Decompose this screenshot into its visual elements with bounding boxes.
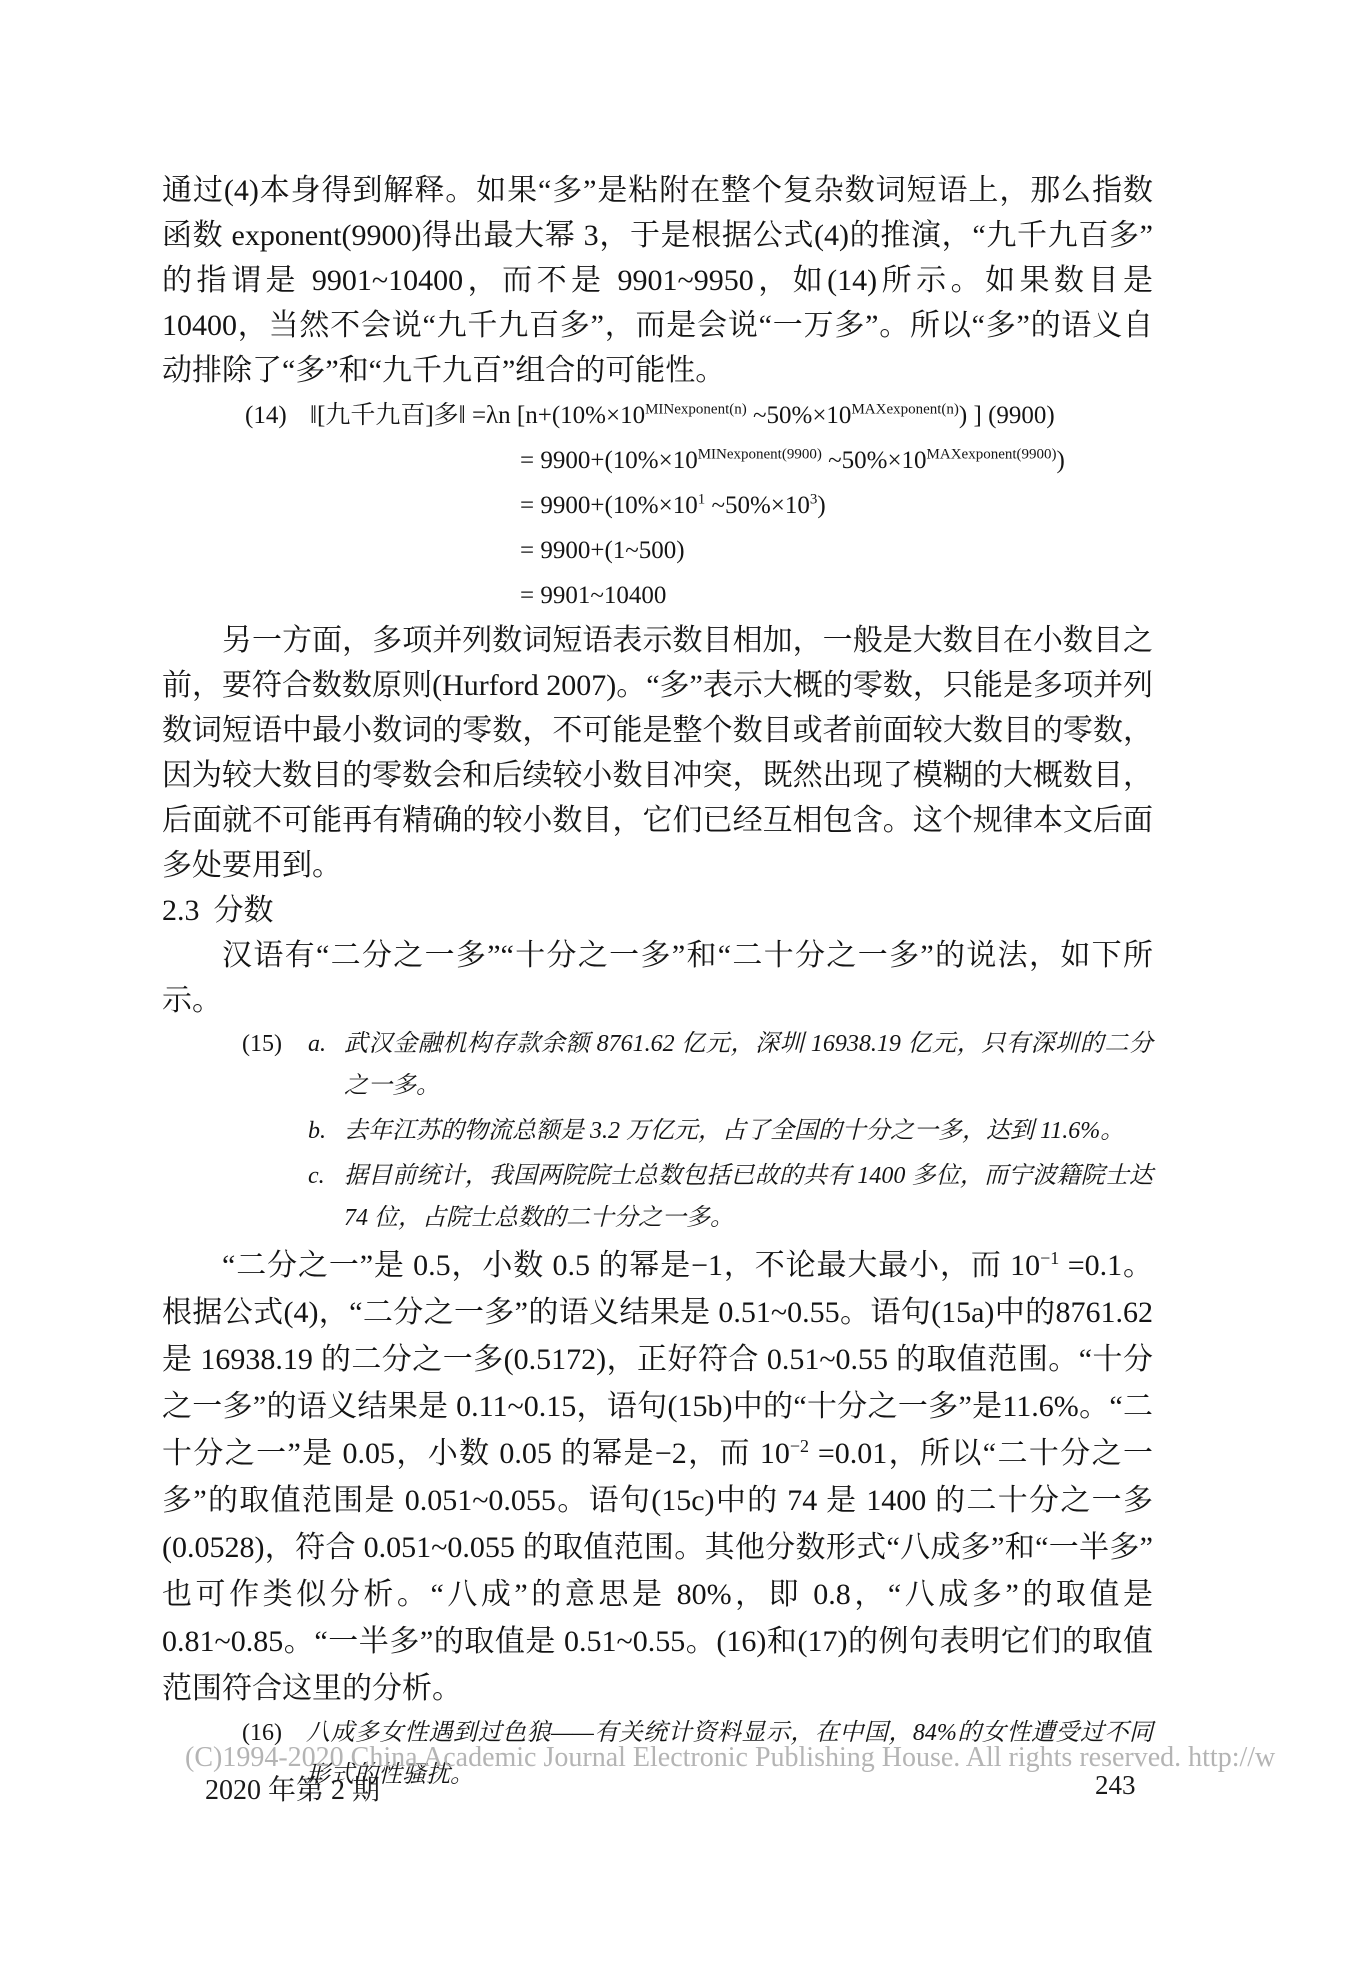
paragraph-additive-numerals: 另一方面，多项并列数词短语表示数目相加，一般是大数目在小数目之前，要符合数数原则… <box>162 618 1153 888</box>
formula-14-step-4: = 9901~10400 <box>245 573 1153 618</box>
example-15c-text: 据目前统计，我国两院院士总数包括已故的共有 1400 多位，而宁波籍院士达 74… <box>344 1155 1153 1239</box>
journal-issue: 2020 年第 2 期 <box>205 1768 380 1808</box>
example-15b-letter: b. <box>308 1110 344 1152</box>
formula-14-step-2: = 9900+(10%×101 ~50%×103) <box>245 483 1153 528</box>
example-15c-letter: c. <box>308 1155 344 1239</box>
page-body: 通过(4)本身得到解释。如果“多”是粘附在整个复杂数词短语上，那么指数函数 ex… <box>162 168 1153 1796</box>
example-15b: b. 去年江苏的物流总额是 3.2 万亿元，占了全国的十分之一多，达到 11.6… <box>308 1110 1153 1152</box>
formula-14-step-1: = 9900+(10%×10MINexponent(9900) ~50%×10M… <box>245 438 1153 483</box>
section-title: 分数 <box>214 894 274 927</box>
formula-14-step-3: = 9900+(1~500) <box>245 528 1153 573</box>
example-15-items: a. 武汉金融机构存款余额 8761.62 亿元，深圳 16938.19 亿元，… <box>308 1023 1153 1242</box>
example-15: (15) a. 武汉金融机构存款余额 8761.62 亿元，深圳 16938.1… <box>242 1023 1153 1242</box>
formula-14-expression: ‖[九千九百]多‖ =λn [n+(10%×10MINexponent(n) ~… <box>310 393 1055 438</box>
formula-14-line1: (14) ‖[九千九百]多‖ =λn [n+(10%×10MINexponent… <box>245 393 1153 438</box>
example-15a-text: 武汉金融机构存款余额 8761.62 亿元，深圳 16938.19 亿元，只有深… <box>344 1023 1153 1107</box>
example-number-15: (15) <box>242 1023 308 1242</box>
example-15a-letter: a. <box>308 1023 344 1107</box>
example-15c: c. 据目前统计，我国两院院士总数包括已故的共有 1400 多位，而宁波籍院士达… <box>308 1155 1153 1239</box>
formula-14: (14) ‖[九千九百]多‖ =λn [n+(10%×10MINexponent… <box>245 393 1153 618</box>
page-number: 243 <box>1095 1770 1136 1801</box>
section-number: 2.3 <box>162 894 200 927</box>
paragraph-continuation: 通过(4)本身得到解释。如果“多”是粘附在整个复杂数词短语上，那么指数函数 ex… <box>162 168 1153 393</box>
example-15b-text: 去年江苏的物流总额是 3.2 万亿元，占了全国的十分之一多，达到 11.6%。 <box>344 1110 1153 1152</box>
paper-page: 通过(4)本身得到解释。如果“多”是粘附在整个复杂数词短语上，那么指数函数 ex… <box>0 0 1360 1965</box>
example-15a: a. 武汉金融机构存款余额 8761.62 亿元，深圳 16938.19 亿元，… <box>308 1023 1153 1107</box>
paragraph-fractions-intro: 汉语有“二分之一多”“十分之一多”和“二十分之一多”的说法，如下所示。 <box>162 933 1153 1023</box>
example-number-14: (14) <box>245 393 310 438</box>
paragraph-fraction-analysis: “二分之一”是 0.5，小数 0.5 的幂是−1，不论最大最小，而 10−1 =… <box>162 1242 1153 1712</box>
section-heading-2-3: 2.3分数 <box>162 888 1153 933</box>
